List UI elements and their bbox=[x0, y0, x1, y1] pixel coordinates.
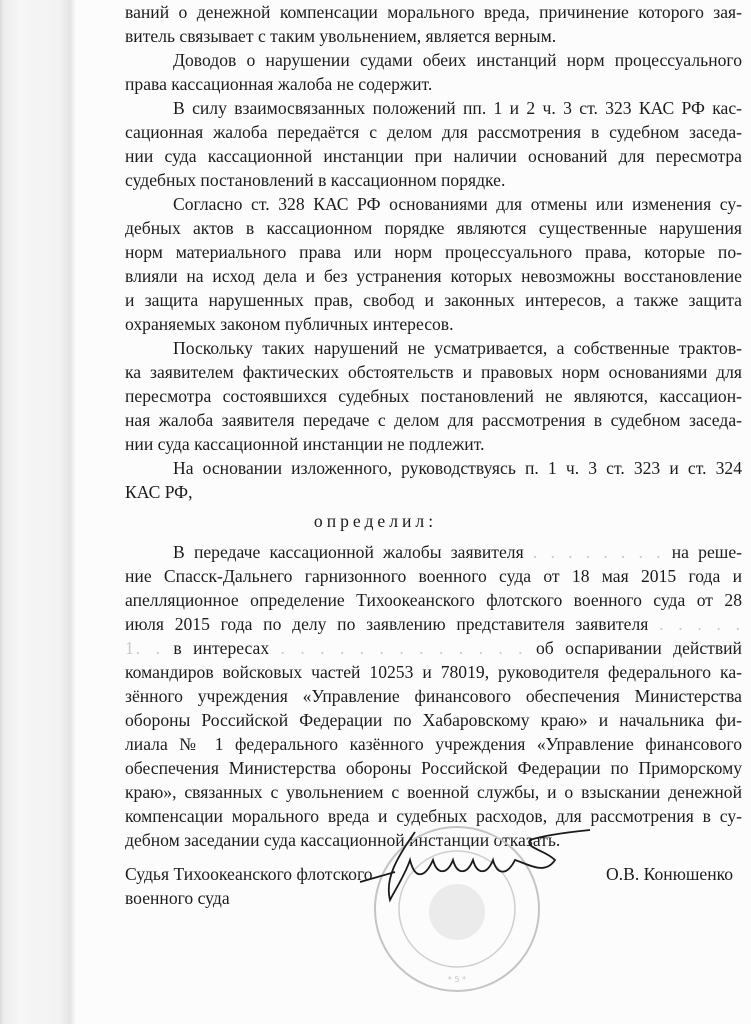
operative-line: обеспечения Министерства обороны Российс… bbox=[125, 756, 742, 780]
text-line: ваний о денежной компенсации морального … bbox=[125, 0, 742, 24]
text-segment: июля 2015 года по делу по заявлению пред… bbox=[125, 614, 648, 634]
text-line: КАС РФ, bbox=[125, 480, 742, 504]
redacted-initials: 1. . bbox=[125, 638, 162, 658]
operative-line: краю», связанных с увольнением с военной… bbox=[125, 780, 742, 804]
text-line: права кассационная жалоба не содержит. bbox=[125, 72, 742, 96]
operative-line: зённого учреждения «Управление финансово… bbox=[125, 684, 742, 708]
text-line: Доводов о нарушении судами обеих инстанц… bbox=[173, 48, 742, 72]
judge-title-line2: военного суда bbox=[125, 886, 230, 910]
judge-signature bbox=[355, 820, 595, 910]
text-line: норм материального права или норм процес… bbox=[125, 240, 742, 264]
text-line: Согласно ст. 328 КАС РФ основаниями для … bbox=[173, 192, 742, 216]
operative-line: В передаче кассационной жалобы заявителя… bbox=[173, 540, 742, 564]
operative-line: июля 2015 года по делу по заявлению пред… bbox=[125, 612, 742, 636]
text-line: нии суда кассационной инстанции при нали… bbox=[125, 144, 742, 168]
text-line: и защита нарушенных прав, свобод и закон… bbox=[125, 288, 742, 312]
text-line: сационная жалоба передаётся с делом для … bbox=[125, 120, 742, 144]
redacted-name: . . . . . bbox=[659, 614, 742, 634]
operative-line: обороны Российской Федерации по Хабаровс… bbox=[125, 708, 742, 732]
text-line: На основании изложенного, руководствуясь… bbox=[173, 456, 742, 480]
operative-line: лиала № 1 федерального казённого учрежде… bbox=[125, 732, 742, 756]
text-segment: об оспаривании действий bbox=[536, 638, 742, 658]
text-line: нии суда кассационной инстанции не подле… bbox=[125, 432, 742, 456]
judge-title-line1: Судья Тихоокеанского флотского bbox=[125, 862, 373, 886]
text-line: Поскольку таких нарушений не усматривает… bbox=[173, 336, 742, 360]
text-line: охраняемых законом публичных интересов. bbox=[125, 312, 742, 336]
redacted-name: . . . . . . . . bbox=[533, 542, 663, 562]
ruling-heading: определил: bbox=[0, 509, 751, 533]
text-line: В силу взаимосвязанных положений пп. 1 и… bbox=[173, 96, 742, 120]
svg-text:* 5 *: * 5 * bbox=[448, 975, 466, 984]
operative-line: апелляционное определение Тихоокеанского… bbox=[125, 588, 742, 612]
text-line: дебных актов в кассационном порядке явля… bbox=[125, 216, 742, 240]
text-line: ка заявителем фактических обстоятельств … bbox=[125, 360, 742, 384]
text-line: пересмотра состоявшихся судебных постано… bbox=[125, 384, 742, 408]
operative-line: командиров войсковых частей 10253 и 7801… bbox=[125, 660, 742, 684]
text-segment: на реше- bbox=[672, 542, 742, 562]
text-segment: в интересах bbox=[173, 638, 269, 658]
text-line: ная жалоба заявителя передаче с делом дл… bbox=[125, 408, 742, 432]
text-line: влияли на исход дела и без устранения ко… bbox=[125, 264, 742, 288]
judge-name: О.В. Конюшенко bbox=[606, 862, 733, 886]
text-line: витель связывает с таким увольнением, яв… bbox=[125, 24, 742, 48]
text-segment: В передаче кассационной жалобы заявителя bbox=[173, 542, 524, 562]
text-line: судебных постановлений в кассационном по… bbox=[125, 168, 742, 192]
redacted-name: . . . . . . . . . . . . . bbox=[281, 638, 525, 658]
operative-line: 1. . в интересах . . . . . . . . . . . .… bbox=[125, 636, 742, 660]
operative-line: ние Спасск-Дальнего гарнизонного военног… bbox=[125, 564, 742, 588]
